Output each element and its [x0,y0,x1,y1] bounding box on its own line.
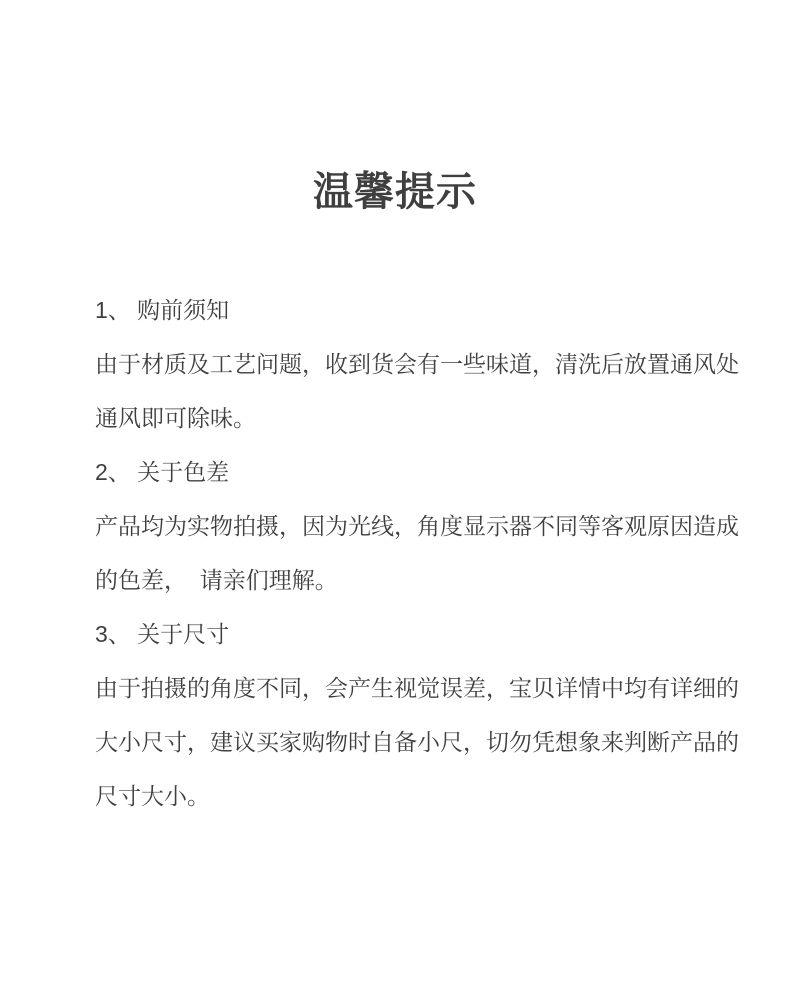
section-2-line-2: 的色差， 请亲们理解。 [95,553,710,607]
section-1-line-1: 由于材质及工艺问题，收到货会有一些味道，清洗后放置通风处 [95,337,710,391]
section-1-line-2: 通风即可除味。 [95,391,710,445]
section-2-heading: 2、 关于色差 [95,445,710,499]
page-title: 温馨提示 [0,0,790,216]
section-3-line-1: 由于拍摄的角度不同，会产生视觉误差，宝贝详情中均有详细的 [95,661,710,715]
section-2-line-1: 产品均为实物拍摄，因为光线，角度显示器不同等客观原因造成 [95,499,710,553]
section-3-line-2: 大小尺寸，建议买家购物时自备小尺，切勿凭想象来判断产品的 [95,715,710,769]
section-1-heading: 1、 购前须知 [95,283,710,337]
notice-content: 1、 购前须知 由于材质及工艺问题，收到货会有一些味道，清洗后放置通风处 通风即… [95,283,710,823]
notice-page: 温馨提示 1、 购前须知 由于材质及工艺问题，收到货会有一些味道，清洗后放置通风… [0,0,790,995]
section-3-line-3: 尺寸大小。 [95,769,710,823]
section-3-heading: 3、 关于尺寸 [95,607,710,661]
